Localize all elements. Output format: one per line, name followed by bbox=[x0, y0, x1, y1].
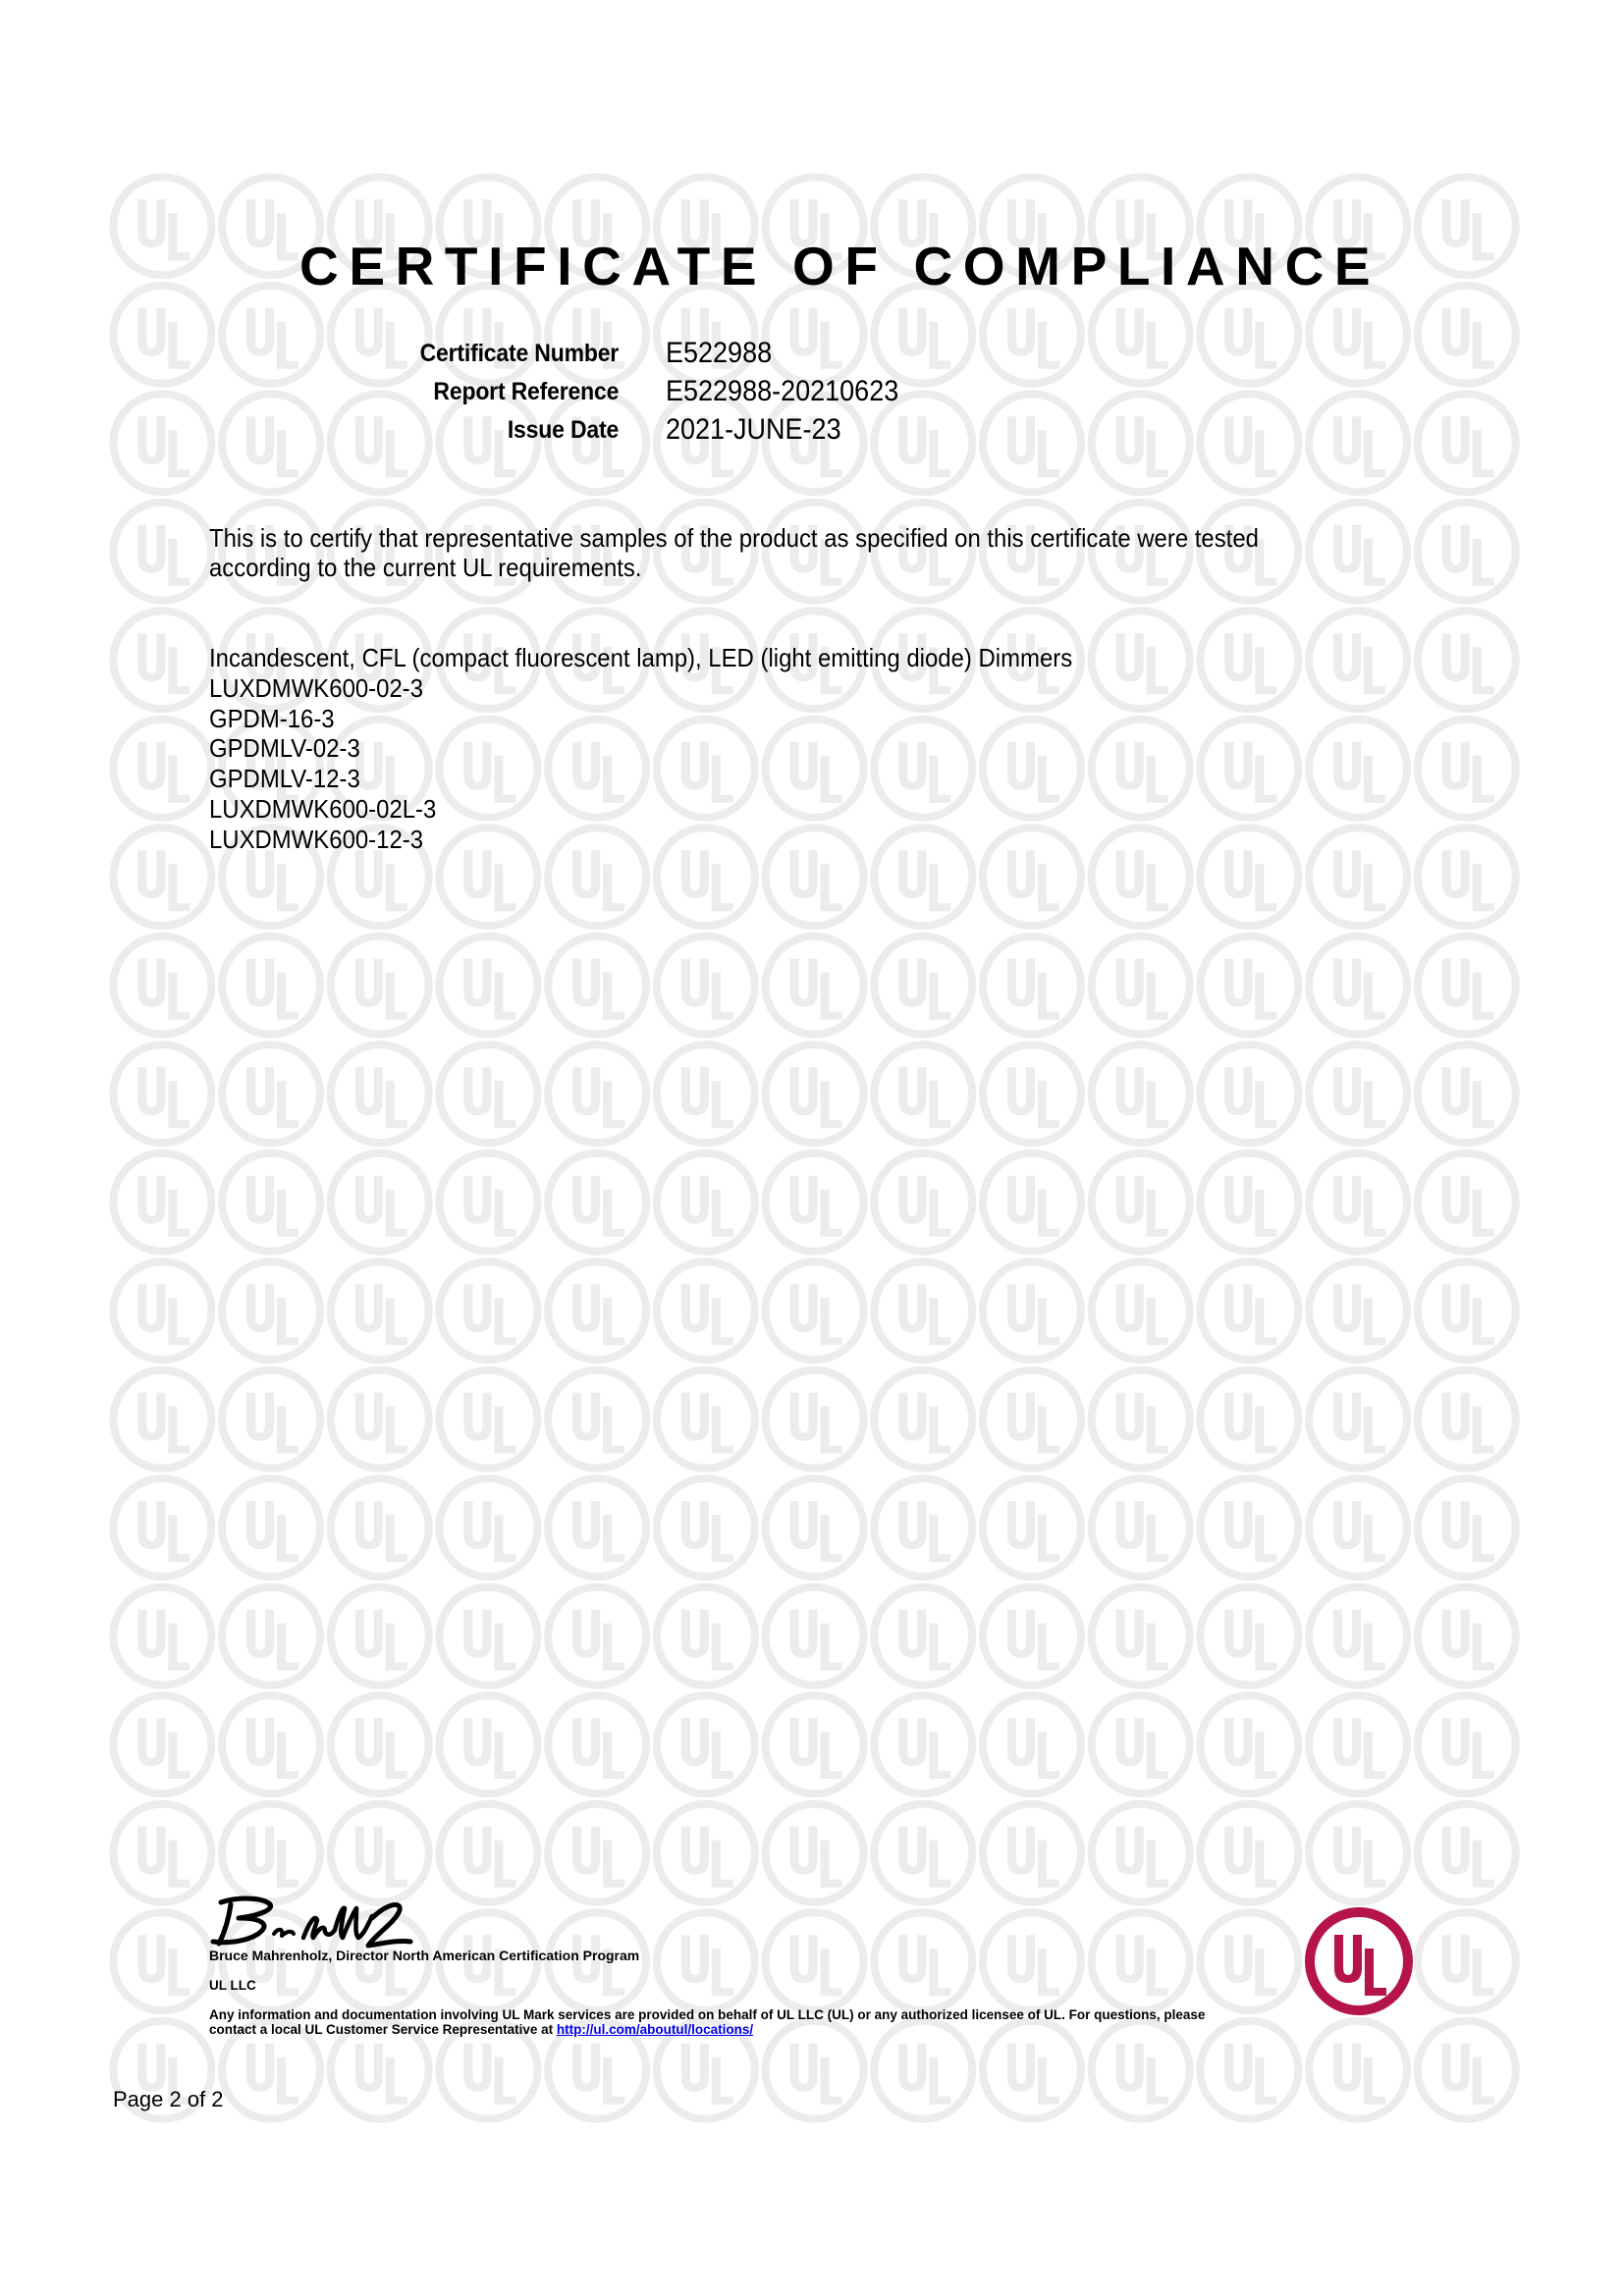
disclaimer: Any information and documentation involv… bbox=[209, 2007, 1205, 2037]
product-model: GPDMLV-12-3 bbox=[209, 764, 1072, 794]
locations-link[interactable]: http://ul.com/aboutul/locations/ bbox=[557, 2022, 753, 2037]
field-value: E522988-20210623 bbox=[666, 375, 898, 408]
field-label: Certificate Number bbox=[420, 340, 619, 368]
disclaimer-text: contact a local UL Customer Service Repr… bbox=[209, 2022, 557, 2037]
field-certificate-number: Certificate Number E522988 bbox=[324, 337, 1011, 375]
product-model: LUXDMWK600-02-3 bbox=[209, 673, 1072, 704]
certificate-fields: Certificate Number E522988 Report Refere… bbox=[324, 337, 1011, 452]
disclaimer-line: Any information and documentation involv… bbox=[209, 2007, 1205, 2022]
field-report-reference: Report Reference E522988-20210623 bbox=[324, 375, 1011, 413]
field-issue-date: Issue Date 2021-JUNE-23 bbox=[324, 413, 1011, 452]
product-model: LUXDMWK600-02L-3 bbox=[209, 794, 1072, 825]
page-number: Page 2 of 2 bbox=[113, 2087, 224, 2112]
product-category: Incandescent, CFL (compact fluorescent l… bbox=[209, 643, 1072, 673]
signature-icon bbox=[209, 1895, 425, 1953]
disclaimer-line: contact a local UL Customer Service Repr… bbox=[209, 2022, 1205, 2037]
product-list: Incandescent, CFL (compact fluorescent l… bbox=[209, 643, 1072, 855]
statement-line: according to the current UL requirements… bbox=[209, 553, 1259, 582]
field-label: Issue Date bbox=[508, 416, 619, 445]
product-model: GPDMLV-02-3 bbox=[209, 733, 1072, 764]
signatory-name-title: Bruce Mahrenholz, Director North America… bbox=[209, 1948, 639, 1963]
certificate-title: CERTIFICATE OF COMPLIANCE bbox=[299, 236, 1380, 296]
statement-line: This is to certify that representative s… bbox=[209, 523, 1259, 553]
field-value: E522988 bbox=[666, 337, 772, 370]
ul-logo-icon bbox=[1304, 1906, 1414, 2016]
field-label: Report Reference bbox=[433, 378, 619, 406]
certification-statement: This is to certify that representative s… bbox=[209, 523, 1259, 582]
field-value: 2021-JUNE-23 bbox=[666, 413, 841, 447]
product-model: LUXDMWK600-12-3 bbox=[209, 825, 1072, 855]
signatory-organization: UL LLC bbox=[209, 1978, 256, 1993]
product-model: GPDM-16-3 bbox=[209, 704, 1072, 734]
